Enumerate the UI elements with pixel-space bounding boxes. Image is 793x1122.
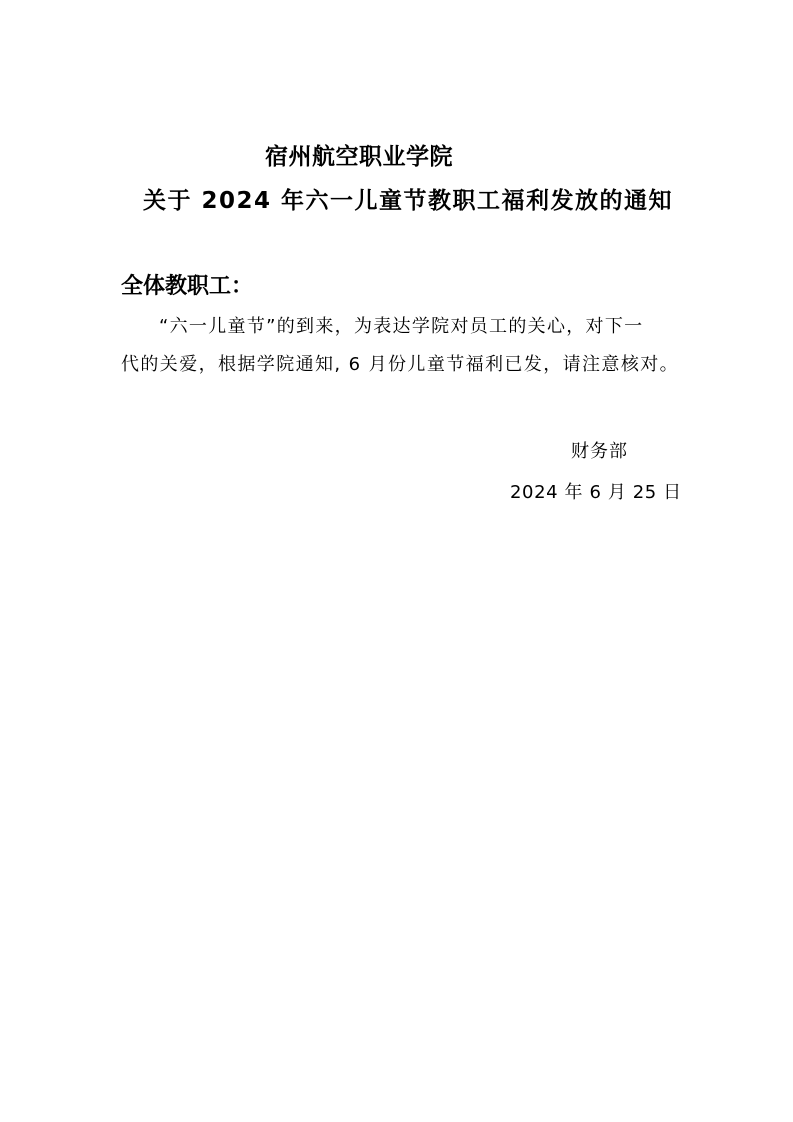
institution-title: 宿州航空职业学院 — [265, 146, 453, 169]
body-paragraph-line-1: “六一儿童节”的到来，为表达学院对员工的关心，对下一 — [159, 318, 643, 336]
body-paragraph-line-2: 代的关爱，根据学院通知, 6 月份儿童节福利已发，请注意核对。 — [121, 356, 679, 374]
signature-date: 2024 年 6 月 25 日 — [510, 484, 682, 502]
document-page: 宿州航空职业学院 关于 2024 年六一儿童节教职工福利发放的通知 全体教职工：… — [0, 0, 793, 1122]
notice-subject-title: 关于 2024 年六一儿童节教职工福利发放的通知 — [143, 190, 673, 213]
salutation: 全体教职工： — [121, 276, 253, 298]
signer-department: 财务部 — [571, 443, 628, 461]
